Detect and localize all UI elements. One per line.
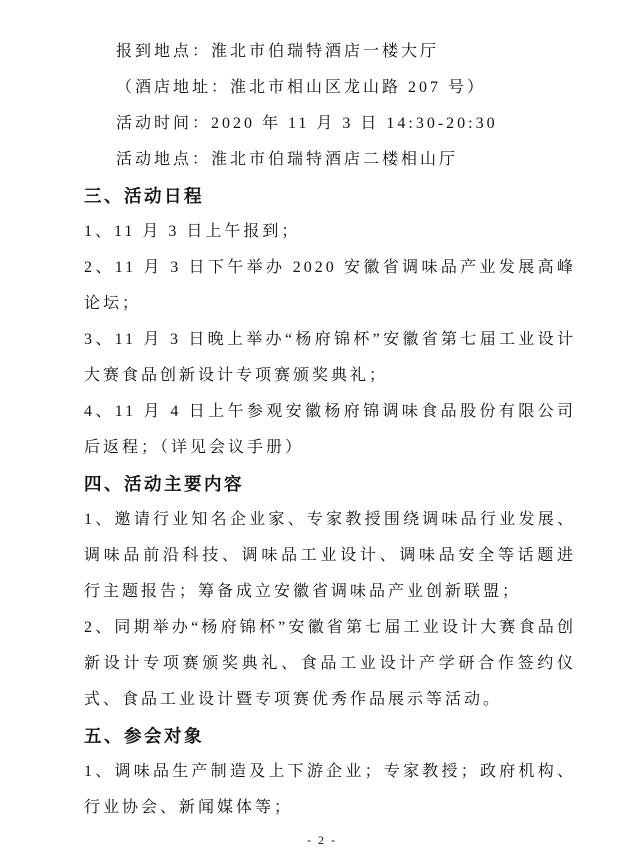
document-page: 报到地点：淮北市伯瑞特酒店一楼大厅 （酒店地址：淮北市相山区龙山路 207 号）…	[0, 0, 644, 864]
schedule-item-4: 4、11 月 4 日上午参观安徽杨府锦调味食品股份有限公司后返程；（详见会议手册…	[84, 394, 576, 466]
line-event-location: 活动地点：淮北市伯瑞特酒店二楼相山厅	[84, 142, 576, 178]
line-hotel-address: （酒店地址：淮北市相山区龙山路 207 号）	[84, 70, 576, 106]
document-body: 报到地点：淮北市伯瑞特酒店一楼大厅 （酒店地址：淮北市相山区龙山路 207 号）…	[84, 34, 576, 826]
heading-section-5-attendees: 五、参会对象	[84, 718, 576, 754]
schedule-item-2: 2、11 月 3 日下午举办 2020 安徽省调味品产业发展高峰论坛；	[84, 250, 576, 322]
page-footer: - 2 -	[0, 832, 644, 848]
schedule-item-3: 3、11 月 3 日晚上举办“杨府锦杯”安徽省第七届工业设计大赛食品创新设计专项…	[84, 322, 576, 394]
attendees-item-1: 1、调味品生产制造及上下游企业；专家教授；政府机构、行业协会、新闻媒体等；	[84, 754, 576, 826]
line-event-time: 活动时间：2020 年 11 月 3 日 14:30-20:30	[84, 106, 576, 142]
heading-section-3-schedule: 三、活动日程	[84, 178, 576, 214]
schedule-item-1: 1、11 月 3 日上午报到；	[84, 214, 576, 250]
line-checkin-location: 报到地点：淮北市伯瑞特酒店一楼大厅	[84, 34, 576, 70]
heading-section-4-main-content: 四、活动主要内容	[84, 466, 576, 502]
main-content-item-2: 2、同期举办“杨府锦杯”安徽省第七届工业设计大赛食品创新设计专项赛颁奖典礼、食品…	[84, 610, 576, 718]
main-content-item-1: 1、邀请行业知名企业家、专家教授围绕调味品行业发展、调味品前沿科技、调味品工业设…	[84, 502, 576, 610]
page-number: - 2 -	[307, 833, 337, 847]
